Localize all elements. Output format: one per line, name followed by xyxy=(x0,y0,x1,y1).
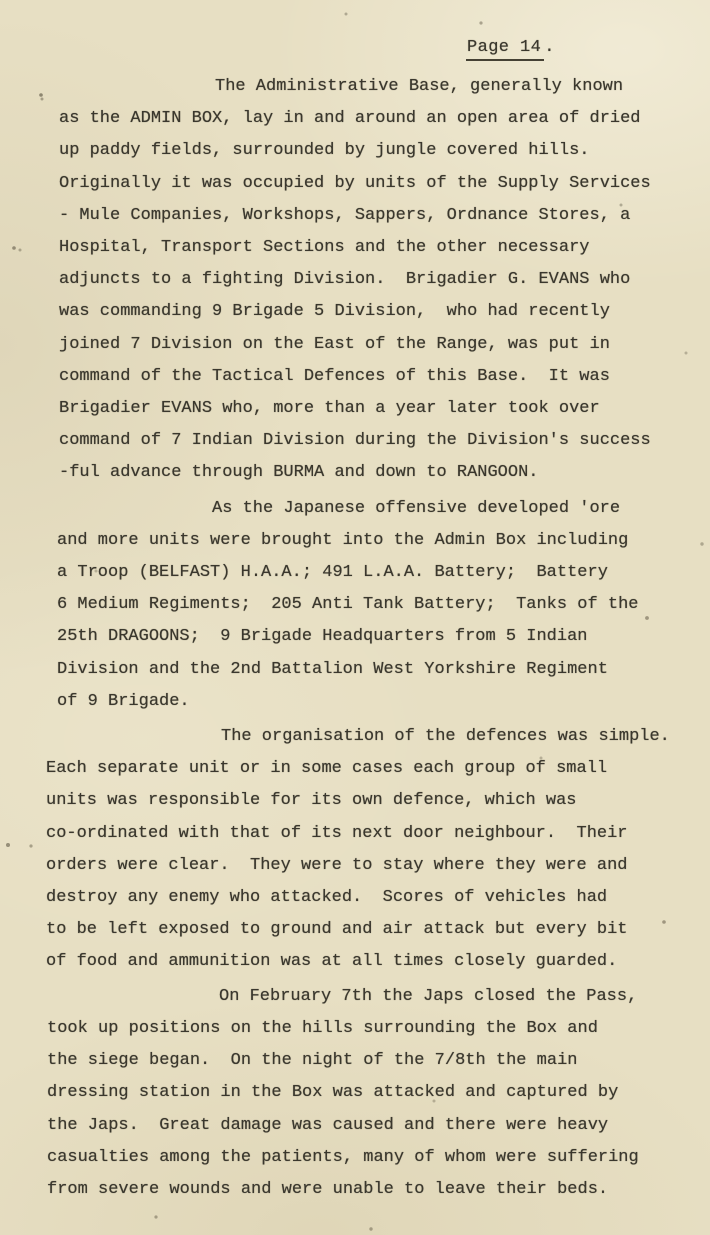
paragraph-admin-box-intro: The Administrative Base, generally known… xyxy=(59,71,710,490)
paragraph-defence-organisation: The organisation of the defences was sim… xyxy=(46,721,710,979)
paragraph-units-brought-in: As the Japanese offensive developed 'ore… xyxy=(57,493,710,718)
document-body: The Administrative Base, generally known… xyxy=(0,0,710,1206)
paragraph-siege-begins: On February 7th the Japs closed the Pass… xyxy=(47,981,710,1206)
document-page: Page 14. The Administrative Base, genera… xyxy=(0,0,710,1235)
